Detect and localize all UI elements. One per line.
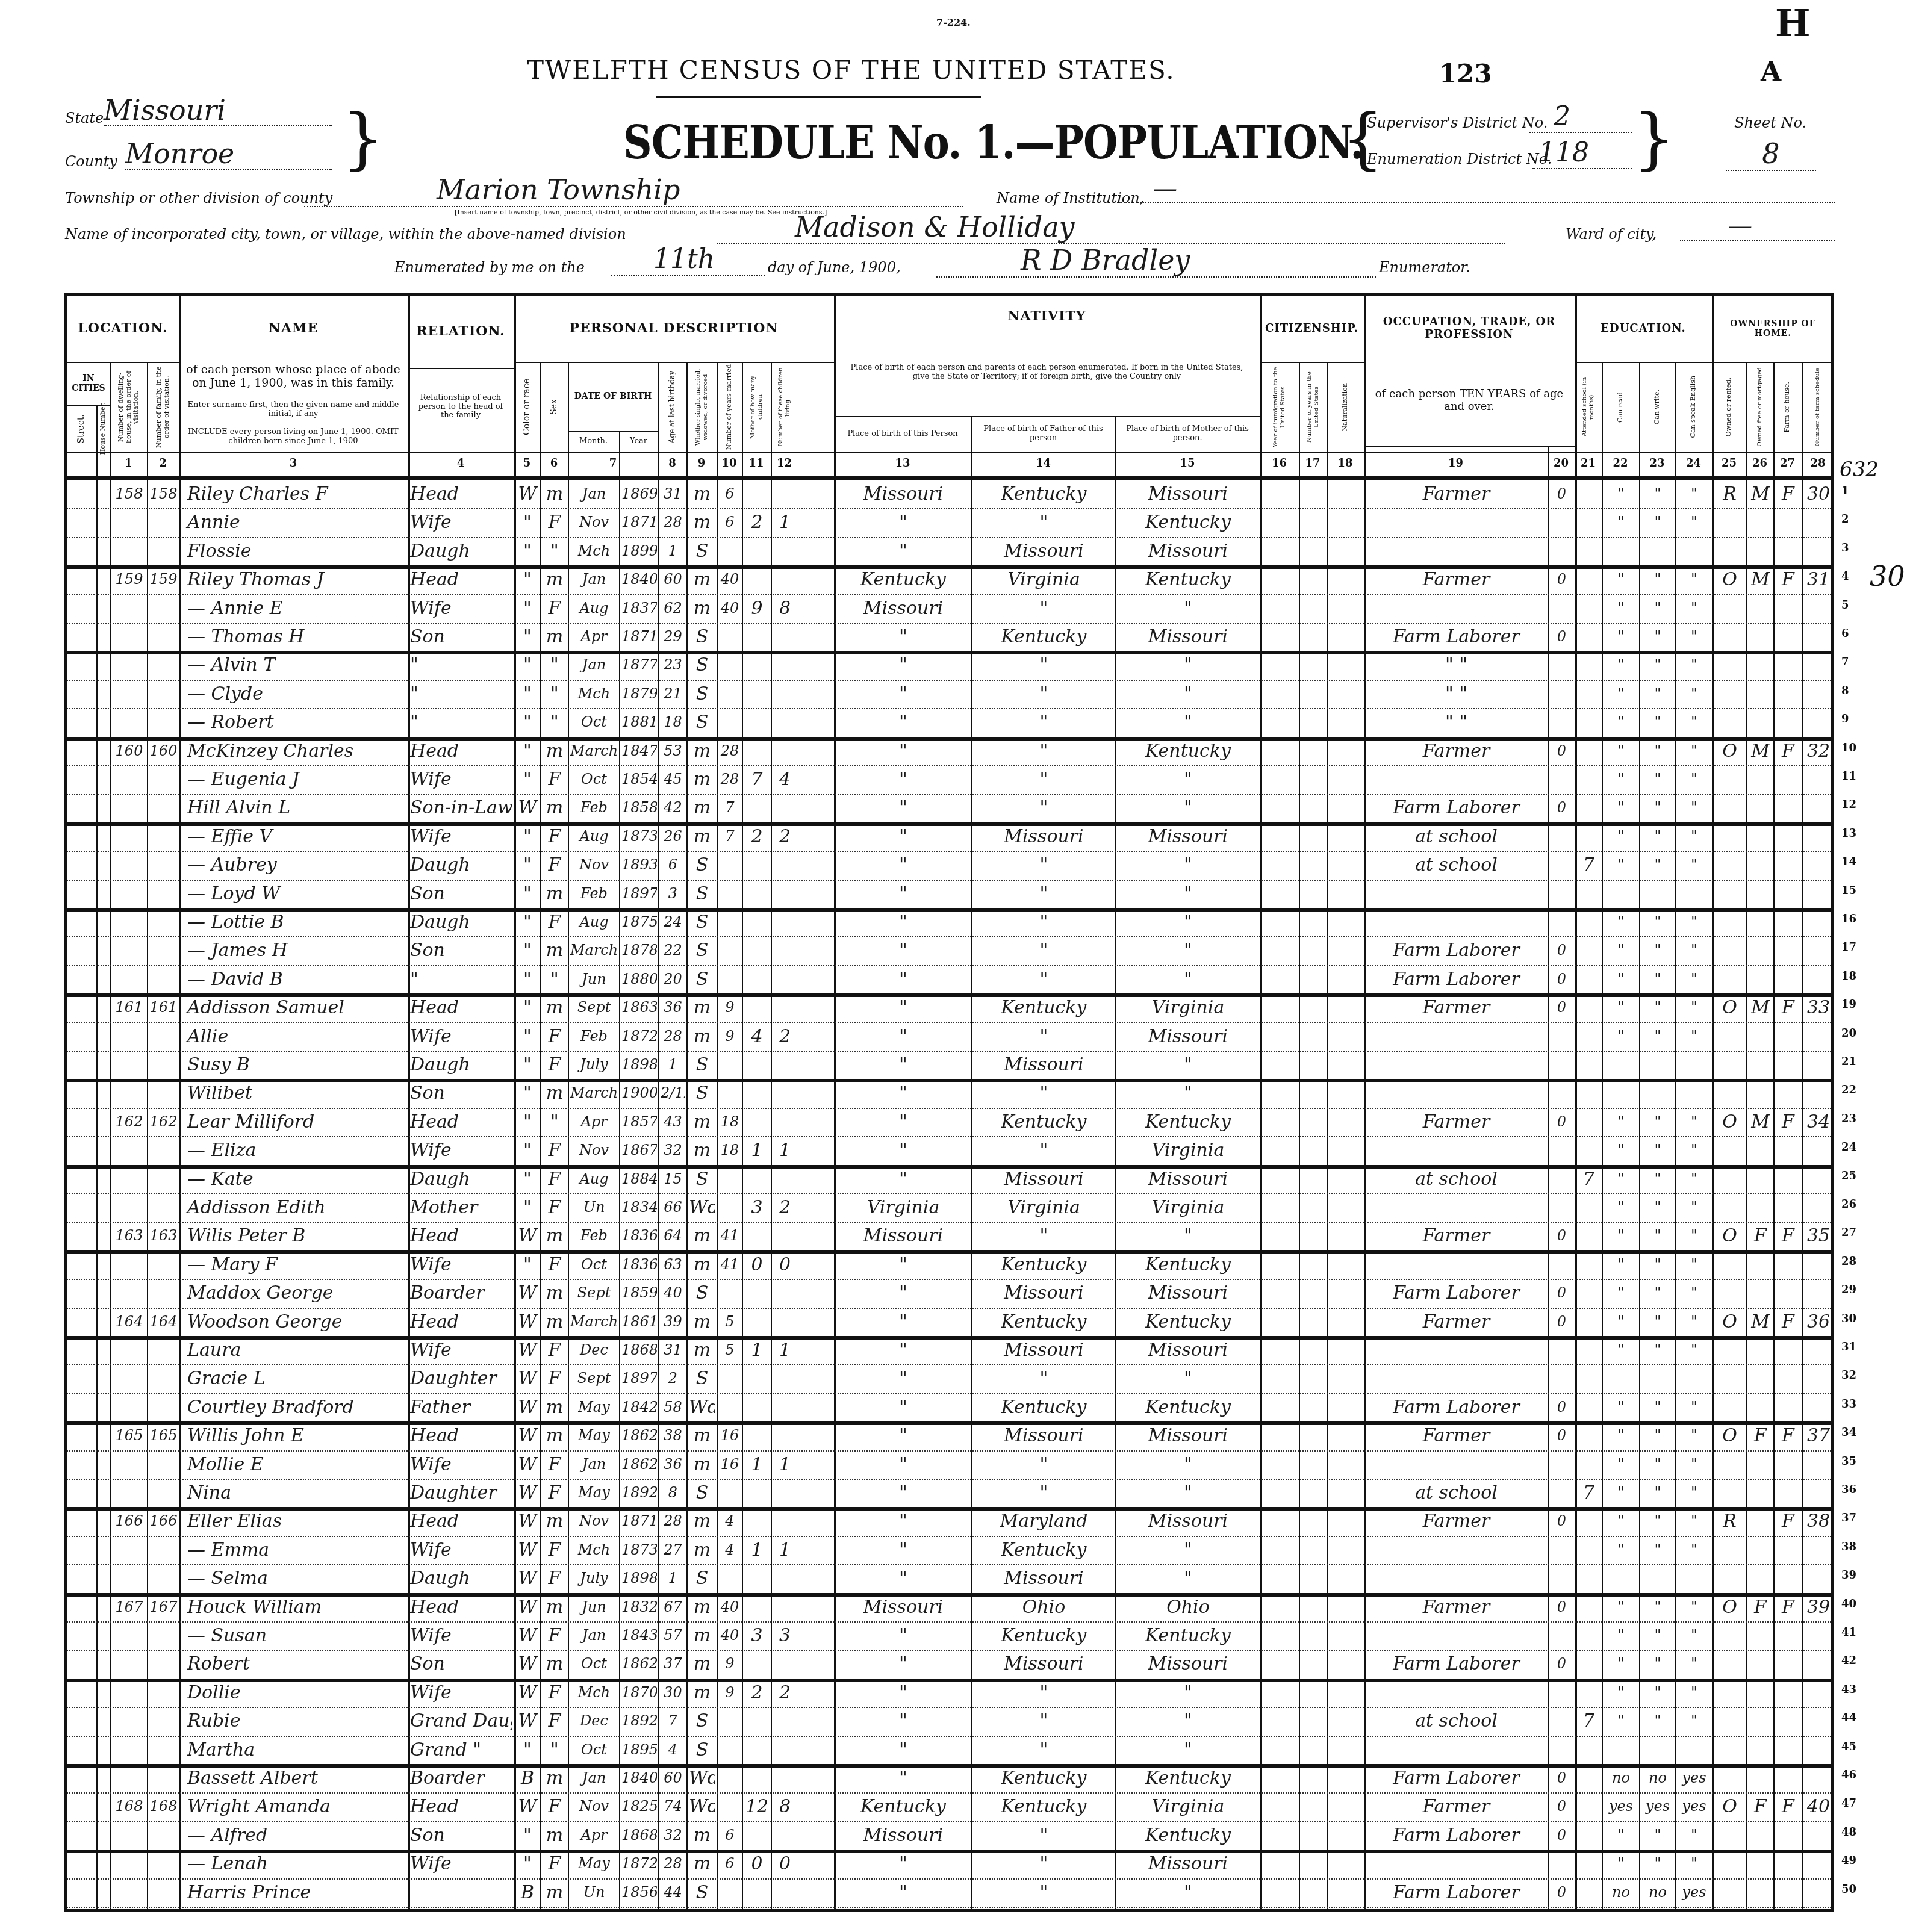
cell-birth-self: Virginia (836, 1193, 970, 1222)
cell-house (99, 908, 109, 936)
cell-sex: m (543, 1764, 567, 1792)
cell-farm (1776, 1536, 1800, 1564)
cell-unemployed: 0 (1550, 565, 1573, 594)
column-number: 23 (1639, 457, 1675, 470)
cell-farm (1776, 1079, 1800, 1107)
cell-month: March (570, 936, 618, 964)
cell-natur (1329, 1364, 1363, 1393)
cell-living (773, 680, 797, 708)
cell-age: 28 (661, 1850, 685, 1878)
cell-school (1577, 651, 1601, 679)
cell-marital: m (689, 822, 715, 851)
header-education: EDUCATION. (1575, 296, 1712, 362)
cell-farm (1776, 1450, 1800, 1479)
line-number: 16 (1841, 905, 1865, 933)
cell-birth-mother: Missouri (1118, 1336, 1258, 1364)
cell-read (1604, 537, 1638, 565)
cell-schedule (1804, 1250, 1833, 1279)
cell-english (1678, 1364, 1711, 1393)
cell-birth-self: " (836, 1250, 970, 1279)
cell-house (99, 965, 109, 993)
cell-yrs-us (1301, 1079, 1325, 1107)
cell-relation (410, 1878, 512, 1907)
cell-yrs-us (1301, 1736, 1325, 1764)
cell-yrs-us (1301, 708, 1325, 736)
cell-dwelling (113, 1707, 146, 1735)
cell-occupation: Farm Laborer (1366, 794, 1546, 822)
cell-marital: m (689, 594, 715, 623)
cell-mother-of: 9 (744, 594, 770, 623)
cell-age: 28 (661, 1507, 685, 1535)
cell-occupation: " " (1366, 680, 1546, 708)
cell-month: Un (570, 1193, 618, 1222)
cell-house (99, 1679, 109, 1707)
cell-dwelling (113, 1878, 146, 1907)
cell-living: 1 (773, 1336, 797, 1364)
cell-birth-mother: " (1118, 1679, 1258, 1707)
cell-yrs-us (1301, 993, 1325, 1022)
cell-farm: F (1776, 565, 1800, 594)
cell-living: 2 (773, 1022, 797, 1051)
cell-birth-mother: Missouri (1118, 1279, 1258, 1307)
cell-marital: m (689, 1536, 715, 1564)
line-number: 13 (1841, 819, 1865, 848)
cell-mother-of: 12 (744, 1792, 770, 1821)
cell-yrs-us (1301, 480, 1325, 508)
cell-color: " (516, 1022, 539, 1051)
column-number: 18 (1327, 457, 1364, 470)
cell-read: " (1604, 1821, 1638, 1850)
cell-birth-father: Kentucky (974, 1792, 1114, 1821)
column-number: 13 (834, 457, 971, 470)
cell-month: May (570, 1850, 618, 1878)
header-years-married: Number of years married (717, 362, 742, 452)
cell-school (1577, 1308, 1601, 1336)
line-number: 41 (1841, 1618, 1865, 1647)
cell-school (1577, 1222, 1601, 1250)
cell-occupation: Farm Laborer (1366, 623, 1546, 651)
header-citizenship: CITIZENSHIP. (1260, 296, 1364, 362)
cell-family: 164 (149, 1308, 178, 1336)
cell-immig (1262, 851, 1298, 879)
cell-yrs-us (1301, 1479, 1325, 1507)
cell-mother-of (744, 993, 770, 1022)
cell-farm (1776, 1051, 1800, 1079)
cell-write: " (1641, 508, 1674, 536)
row-rule (67, 1907, 1831, 1908)
cell-family (149, 851, 178, 879)
cell-mortgage (1749, 1393, 1772, 1421)
cell-unemployed (1550, 1165, 1573, 1193)
cell-age: 29 (661, 623, 685, 651)
cell-birth-self: " (836, 880, 970, 908)
cell-dwelling (113, 1393, 146, 1421)
cell-house (99, 1621, 109, 1650)
cell-birth-mother: " (1118, 1536, 1258, 1564)
cell-month: March (570, 737, 618, 765)
cell-name: — Lottie B (181, 908, 406, 936)
cell-name: — Loyd W (181, 880, 406, 908)
cell-month: Jan (570, 565, 618, 594)
cell-birth-father: Missouri (974, 1336, 1114, 1364)
cell-natur (1329, 1736, 1363, 1764)
cell-birth-self: " (836, 1279, 970, 1307)
cell-occupation (1366, 1450, 1546, 1479)
cell-name: Annie (181, 508, 406, 536)
cell-dwelling (113, 1621, 146, 1650)
cell-mother-of: 1 (744, 1450, 770, 1479)
cell-school (1577, 1736, 1601, 1764)
cell-write: " (1641, 708, 1674, 736)
header-birth-person: Place of birth of this Person (834, 416, 971, 452)
cell-name: Addisson Edith (181, 1193, 406, 1222)
cell-schedule (1804, 794, 1833, 822)
cell-living: 1 (773, 1450, 797, 1479)
cell-street (69, 1536, 95, 1564)
cell-birth-mother: " (1118, 1707, 1258, 1735)
cell-occupation: at school (1366, 1165, 1546, 1193)
cell-schedule: 33 (1804, 993, 1833, 1022)
cell-dwelling: 161 (113, 993, 146, 1022)
cell-birth-father: Kentucky (974, 480, 1114, 508)
header-personal-description: PERSONAL DESCRIPTION (514, 296, 834, 362)
cell-read (1604, 1736, 1638, 1764)
cell-school: 7 (1577, 1165, 1601, 1193)
cell-age: 36 (661, 1450, 685, 1479)
cell-occupation: Farm Laborer (1366, 1393, 1546, 1421)
cell-marital: m (689, 1621, 715, 1650)
cell-write: " (1641, 1222, 1674, 1250)
cell-owned (1714, 908, 1745, 936)
cell-age: 58 (661, 1393, 685, 1421)
cell-house (99, 1450, 109, 1479)
cell-age: 60 (661, 1764, 685, 1792)
cell-birth-self: " (836, 1136, 970, 1164)
cell-dwelling: 167 (113, 1593, 146, 1621)
cell-schedule (1804, 1022, 1833, 1051)
cell-yrs-us (1301, 1022, 1325, 1051)
cell-yrs-us (1301, 1536, 1325, 1564)
cell-name: Robert (181, 1650, 406, 1678)
cell-birth-mother: " (1118, 908, 1258, 936)
line-number: 50 (1841, 1875, 1865, 1904)
cell-sex: F (543, 1621, 567, 1650)
cell-marital: m (689, 565, 715, 594)
cell-occupation (1366, 537, 1546, 565)
cell-sex: m (543, 1507, 567, 1535)
line-number: 28 (1841, 1247, 1865, 1276)
cell-month: Mch (570, 537, 618, 565)
cell-relation: Daugh (410, 1165, 512, 1193)
cell-write: " (1641, 1308, 1674, 1336)
cell-natur (1329, 1507, 1363, 1535)
cell-age: 66 (661, 1193, 685, 1222)
cell-sex: F (543, 908, 567, 936)
cell-write: " (1641, 1536, 1674, 1564)
cell-sex: m (543, 565, 567, 594)
cell-age: 31 (661, 480, 685, 508)
cell-english: " (1678, 1108, 1711, 1136)
cell-marital: S (689, 623, 715, 651)
cell-relation: Son (410, 623, 512, 651)
cell-unemployed: 0 (1550, 1279, 1573, 1307)
cell-immig (1262, 1165, 1298, 1193)
cell-name: Eller Elias (181, 1507, 406, 1535)
cell-yrs-married: 40 (719, 565, 741, 594)
cell-natur (1329, 565, 1363, 594)
cell-english: " (1678, 1593, 1711, 1621)
cell-birth-mother: " (1118, 1450, 1258, 1479)
cell-farm (1776, 1679, 1800, 1707)
cell-house (99, 1364, 109, 1393)
cell-family (149, 708, 178, 736)
cell-birth-mother: " (1118, 936, 1258, 964)
line-number: 49 (1841, 1847, 1865, 1875)
line-number: 23 (1841, 1105, 1865, 1133)
cell-owned (1714, 537, 1745, 565)
cell-read: " (1604, 680, 1638, 708)
header-marital: Whether single, married, widowed, or div… (686, 362, 717, 452)
cell-birth-mother: Missouri (1118, 1507, 1258, 1535)
cell-school (1577, 1393, 1601, 1421)
cell-natur (1329, 1707, 1363, 1735)
cell-family (149, 1364, 178, 1393)
cell-mother-of: 1 (744, 1136, 770, 1164)
cell-month: May (570, 1421, 618, 1450)
cell-yrs-us (1301, 908, 1325, 936)
cell-immig (1262, 1079, 1298, 1107)
cell-dwelling (113, 1336, 146, 1364)
cell-schedule: 31 (1804, 565, 1833, 594)
cell-birth-father: Missouri (974, 1279, 1114, 1307)
cell-relation: Son (410, 1079, 512, 1107)
cell-occupation: Farm Laborer (1366, 1764, 1546, 1792)
cell-living (773, 1364, 797, 1393)
cell-farm (1776, 908, 1800, 936)
cell-dwelling (113, 1764, 146, 1792)
cell-mother-of: 2 (744, 508, 770, 536)
ward-value: — (1680, 212, 1835, 241)
cell-occupation: Farmer (1366, 480, 1546, 508)
cell-birth-self: " (836, 1421, 970, 1450)
cell-mother-of (744, 1479, 770, 1507)
cell-month: Feb (570, 1022, 618, 1051)
cell-name: — Eliza (181, 1136, 406, 1164)
cell-month: July (570, 1051, 618, 1079)
cell-owned: R (1714, 480, 1745, 508)
cell-street (69, 1108, 95, 1136)
township-label: Township or other division of county (65, 190, 332, 207)
cell-farm (1776, 880, 1800, 908)
cell-unemployed: 0 (1550, 794, 1573, 822)
cell-school (1577, 1108, 1601, 1136)
cell-sex: m (543, 623, 567, 651)
cell-street (69, 1650, 95, 1678)
cell-dwelling (113, 1536, 146, 1564)
cell-name: — Clyde (181, 680, 406, 708)
line-number: 35 (1841, 1447, 1865, 1476)
cell-color: " (516, 623, 539, 651)
cell-marital: m (689, 1679, 715, 1707)
cell-write: " (1641, 737, 1674, 765)
cell-birth-mother: Kentucky (1118, 1821, 1258, 1850)
cell-marital: m (689, 1593, 715, 1621)
cell-color: " (516, 651, 539, 679)
cell-yrs-married (719, 965, 741, 993)
cell-english: " (1678, 908, 1711, 936)
column-number: 20 (1548, 457, 1575, 470)
cell-house (99, 537, 109, 565)
cell-farm (1776, 1736, 1800, 1764)
cell-english: " (1678, 1621, 1711, 1650)
cell-natur (1329, 651, 1363, 679)
cell-unemployed (1550, 1250, 1573, 1279)
cell-owned (1714, 651, 1745, 679)
cell-street (69, 851, 95, 879)
cell-living (773, 1108, 797, 1136)
cell-farm (1776, 1136, 1800, 1164)
cell-color: " (516, 708, 539, 736)
cell-year: 1862 (621, 1650, 657, 1678)
cell-immig (1262, 1051, 1298, 1079)
cell-mortgage (1749, 1679, 1772, 1707)
cell-mother-of (744, 1507, 770, 1535)
cell-farm: F (1776, 1108, 1800, 1136)
cell-house (99, 1393, 109, 1421)
cell-name: — Selma (181, 1564, 406, 1592)
cell-house (99, 480, 109, 508)
cell-street (69, 1821, 95, 1850)
cell-birth-father: Kentucky (974, 1393, 1114, 1421)
cell-unemployed (1550, 680, 1573, 708)
cell-occupation: at school (1366, 1479, 1546, 1507)
cell-birth-mother: Missouri (1118, 537, 1258, 565)
cell-immig (1262, 1136, 1298, 1164)
cell-family: 166 (149, 1507, 178, 1535)
cell-yrs-us (1301, 1850, 1325, 1878)
cell-age: 26 (661, 822, 685, 851)
cell-mother-of (744, 1165, 770, 1193)
cell-birth-mother: Ohio (1118, 1593, 1258, 1621)
cell-write (1641, 1564, 1674, 1592)
cell-school (1577, 737, 1601, 765)
cell-year: 1843 (621, 1621, 657, 1650)
cell-birth-self: " (836, 1022, 970, 1051)
cell-read: " (1604, 794, 1638, 822)
cell-owned: O (1714, 737, 1745, 765)
cell-birth-self: " (836, 1393, 970, 1421)
cell-age: 24 (661, 908, 685, 936)
cell-month: Nov (570, 1507, 618, 1535)
cell-street (69, 1308, 95, 1336)
cell-english: " (1678, 1650, 1711, 1678)
state-field: State Missouri (65, 96, 342, 126)
cell-dwelling (113, 1679, 146, 1707)
cell-dwelling: 166 (113, 1507, 146, 1535)
cell-house (99, 1479, 109, 1507)
cell-birth-father: Kentucky (974, 1621, 1114, 1650)
cell-relation: Wife (410, 1136, 512, 1164)
cell-school (1577, 1450, 1601, 1479)
cell-house (99, 1707, 109, 1735)
cell-house (99, 1279, 109, 1307)
cell-relation: Daugh (410, 908, 512, 936)
cell-street (69, 1507, 95, 1535)
cell-schedule: 32 (1804, 737, 1833, 765)
col-divider (1548, 446, 1549, 1909)
cell-year: 1873 (621, 1536, 657, 1564)
cell-occupation: Farmer (1366, 1507, 1546, 1535)
cell-birth-mother: Missouri (1118, 623, 1258, 651)
cell-relation: Wife (410, 594, 512, 623)
cell-owned (1714, 1250, 1745, 1279)
cell-natur (1329, 680, 1363, 708)
cell-family (149, 651, 178, 679)
cell-marital: m (689, 1250, 715, 1279)
cell-color: " (516, 1250, 539, 1279)
cell-color: W (516, 1621, 539, 1650)
cell-farm (1776, 1621, 1800, 1650)
cell-birth-mother: " (1118, 765, 1258, 794)
cell-birth-mother: " (1118, 1079, 1258, 1107)
line-number: 18 (1841, 962, 1865, 990)
cell-birth-mother: Virginia (1118, 1193, 1258, 1222)
cell-street (69, 594, 95, 623)
cell-yrs-us (1301, 737, 1325, 765)
cell-sex: " (543, 708, 567, 736)
cell-age: 60 (661, 565, 685, 594)
cell-month: March (570, 1079, 618, 1107)
cell-family (149, 794, 178, 822)
cell-birth-mother: Missouri (1118, 1850, 1258, 1878)
cell-year: 1868 (621, 1821, 657, 1850)
cell-birth-self: " (836, 1479, 970, 1507)
cell-marital: m (689, 1850, 715, 1878)
cell-color: " (516, 537, 539, 565)
header-mother-of: Mother of how many children (742, 362, 771, 452)
cell-mortgage (1749, 708, 1772, 736)
cell-birth-mother: Missouri (1118, 1022, 1258, 1051)
cell-yrs-married: 7 (719, 822, 741, 851)
cell-age: 2 (661, 1364, 685, 1393)
cell-birth-mother: Kentucky (1118, 1621, 1258, 1650)
cell-owned (1714, 1393, 1745, 1421)
cell-relation: Daugh (410, 851, 512, 879)
cell-dwelling (113, 851, 146, 879)
cell-relation: Wife (410, 1022, 512, 1051)
cell-english: " (1678, 1450, 1711, 1479)
cell-birth-mother: Kentucky (1118, 1764, 1258, 1792)
cell-living (773, 1736, 797, 1764)
cell-read: " (1604, 1193, 1638, 1222)
cell-name: Lear Milliford (181, 1108, 406, 1136)
cell-write: " (1641, 651, 1674, 679)
cell-birth-self: " (836, 965, 970, 993)
cell-owned (1714, 1878, 1745, 1907)
cell-relation: Daugh (410, 537, 512, 565)
column-number: 24 (1675, 457, 1712, 470)
cell-unemployed (1550, 1850, 1573, 1878)
cell-schedule (1804, 594, 1833, 623)
cell-unemployed (1550, 1564, 1573, 1592)
cell-birth-father: " (974, 508, 1114, 536)
cell-relation: " (410, 965, 512, 993)
cell-birth-father: " (974, 1136, 1114, 1164)
cell-month: March (570, 1308, 618, 1336)
cell-unemployed (1550, 1450, 1573, 1479)
cell-street (69, 880, 95, 908)
cell-name: Susy B (181, 1051, 406, 1079)
